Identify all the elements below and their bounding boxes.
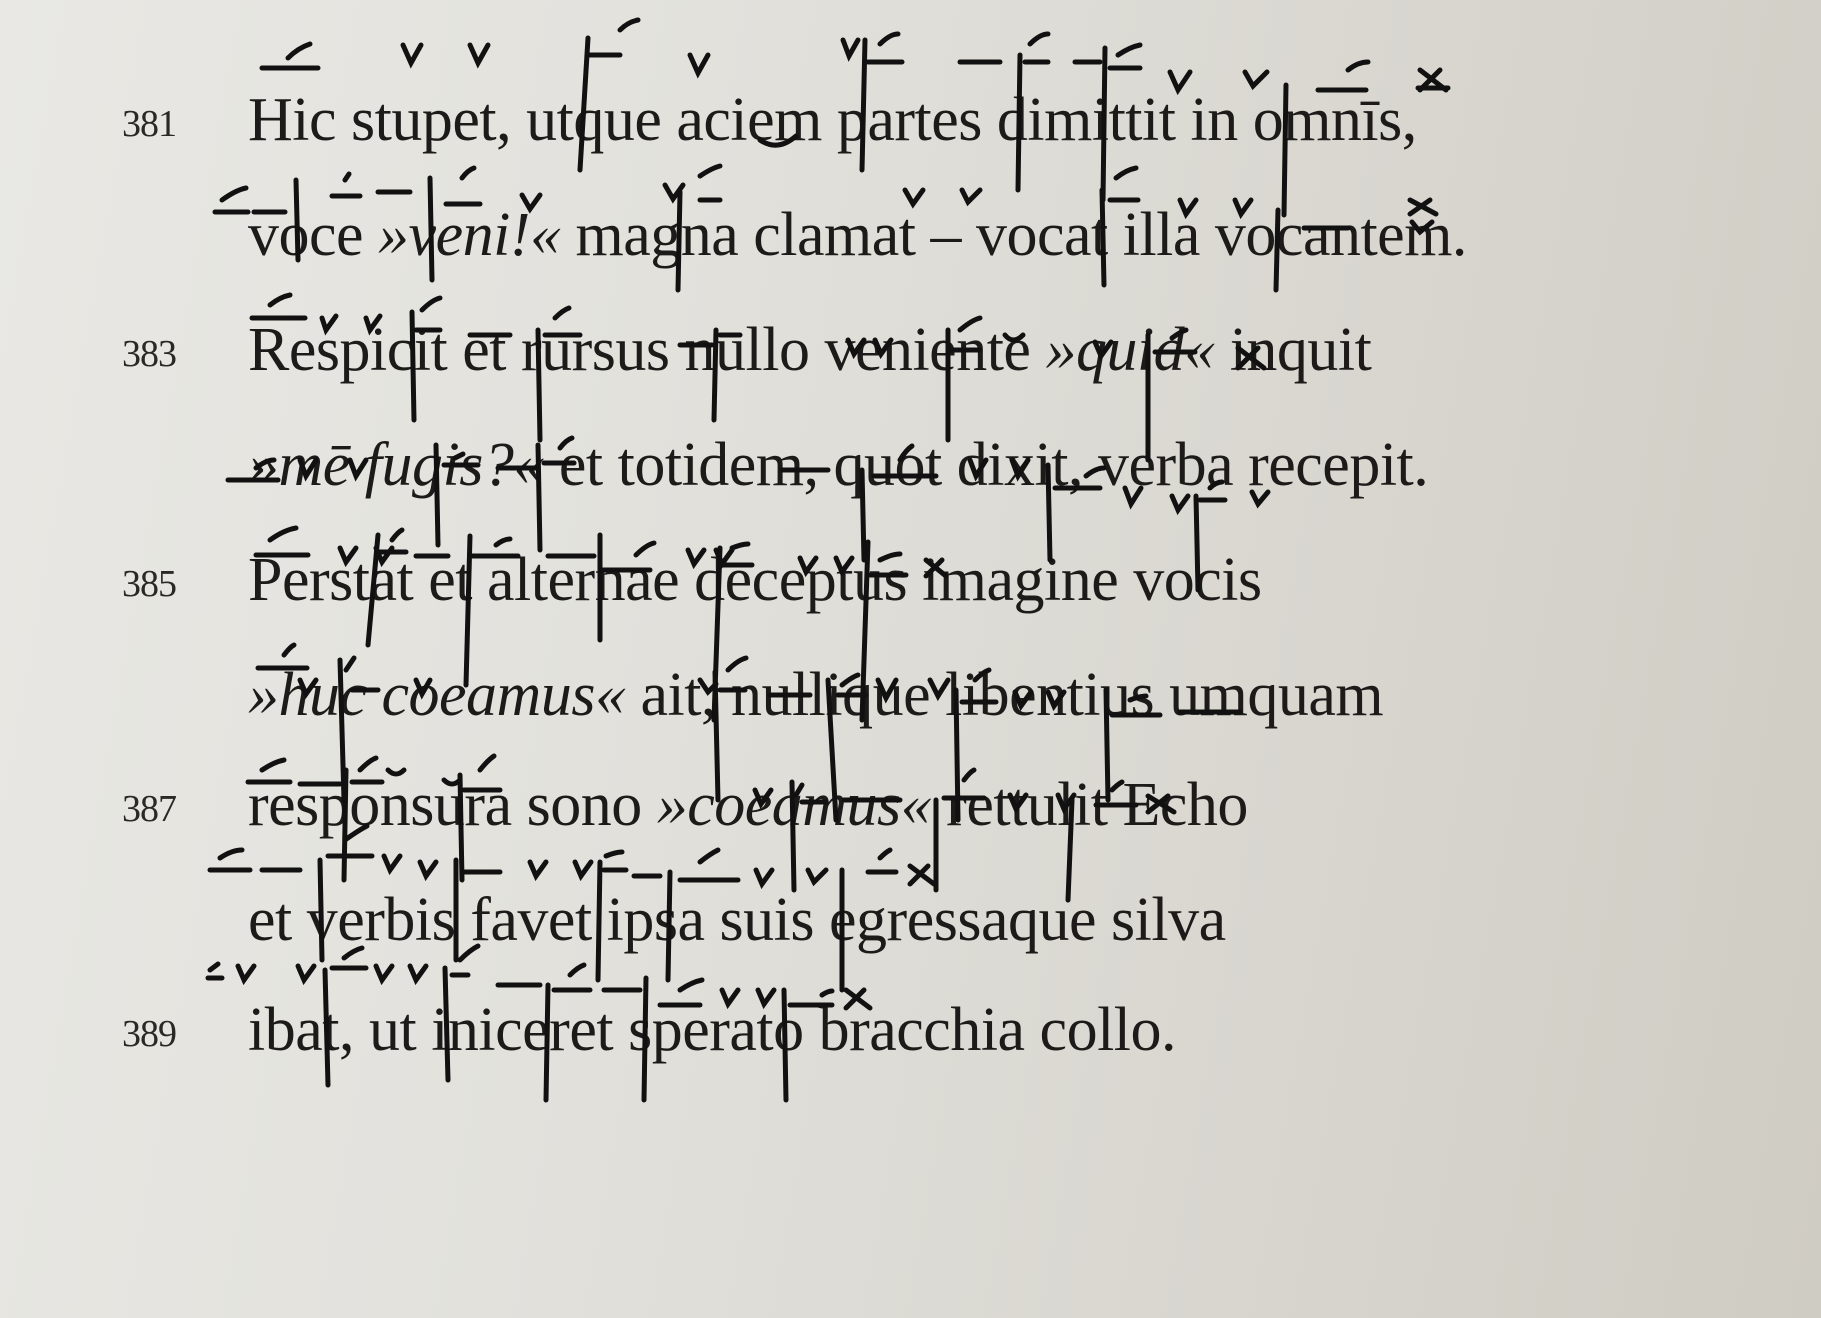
verse-text: »huc coeamus« ait, nullique libentius um… <box>248 660 1383 731</box>
verse-text: Hic stupet, utque aciem partes dimittit … <box>248 85 1417 156</box>
annotated-verse-page: 381 Hic stupet, utque aciem partes dimit… <box>0 0 1821 1318</box>
line-number: 389 <box>122 1012 176 1056</box>
verse-text: Perstat et alternae deceptus imagine voc… <box>248 545 1262 616</box>
verse-line-385: 385 Perstat et alternae deceptus imagine… <box>0 520 1821 640</box>
verse-text: responsura sono »coeamus« rettulit Echo <box>248 770 1248 841</box>
verse-text: Respicit et rursus nullo veniente »quid«… <box>248 315 1371 386</box>
verse-line-381: 381 Hic stupet, utque aciem partes dimit… <box>0 60 1821 180</box>
verse-text: »mē fugis?« et totidem, quot dixit, verb… <box>248 430 1428 501</box>
line-number: 385 <box>122 562 176 606</box>
line-number: 381 <box>122 102 176 146</box>
verse-line-382: voce »veni!« magna clamat – vocat illa v… <box>0 175 1821 295</box>
line-number: 383 <box>122 332 176 376</box>
verse-text: et verbis favet ipsa suis egressaque sil… <box>248 885 1226 956</box>
line-number: 387 <box>122 787 176 831</box>
verse-line-384: »mē fugis?« et totidem, quot dixit, verb… <box>0 405 1821 525</box>
verse-line-383: 383 Respicit et rursus nullo veniente »q… <box>0 290 1821 410</box>
verse-text: ibat, ut iniceret sperato bracchia collo… <box>248 995 1176 1066</box>
verse-text: voce »veni!« magna clamat – vocat illa v… <box>248 200 1467 271</box>
verse-line-388: et verbis favet ipsa suis egressaque sil… <box>0 860 1821 980</box>
verse-line-389: 389 ibat, ut iniceret sperato bracchia c… <box>0 970 1821 1090</box>
verse-line-387: 387 responsura sono »coeamus« rettulit E… <box>0 745 1821 865</box>
verse-line-386: »huc coeamus« ait, nullique libentius um… <box>0 635 1821 755</box>
